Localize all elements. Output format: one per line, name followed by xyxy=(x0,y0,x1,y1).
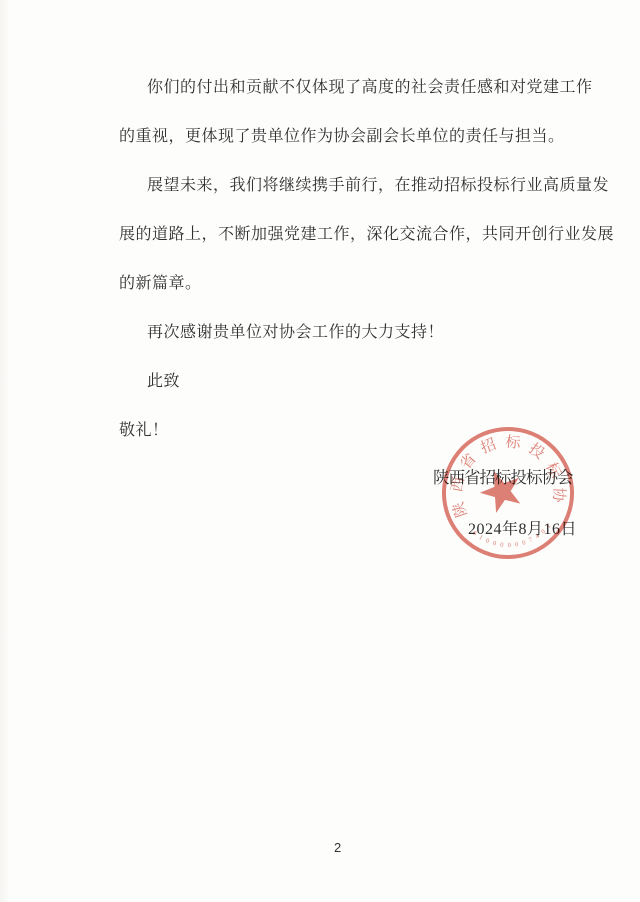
letter-closing-cizhi: 此致 xyxy=(119,357,581,406)
letter-page: 你们的付出和贡献不仅体现了高度的社会责任感和对党建工作 的重视，更体现了贵单位作… xyxy=(0,0,640,902)
page-number: 2 xyxy=(334,840,341,855)
letter-body-line: 再次感谢贵单位对协会工作的大力支持！ xyxy=(119,308,581,357)
letter-body-line: 你们的付出和贡献不仅体现了高度的社会责任感和对党建工作 xyxy=(119,63,581,112)
letter-body-line: 的新篇章。 xyxy=(119,259,581,308)
letter-body-line: 的重视，更体现了贵单位作为协会副会长单位的责任与担当。 xyxy=(119,112,581,161)
letter-body: 你们的付出和贡献不仅体现了高度的社会责任感和对党建工作 的重视，更体现了贵单位作… xyxy=(119,63,581,455)
letter-closing-jingli: 敬礼！ xyxy=(119,406,581,455)
date-line: 2024年8月16日 xyxy=(468,516,577,539)
letter-body-line: 展望未来，我们将继续携手前行，在推动招标投标行业高质量发 xyxy=(119,161,581,210)
letter-body-line: 展的道路上，不断加强党建工作，深化交流合作，共同开创行业发展 xyxy=(119,210,581,259)
signature-org-name: 陕西省招标投标协会 xyxy=(433,464,573,488)
